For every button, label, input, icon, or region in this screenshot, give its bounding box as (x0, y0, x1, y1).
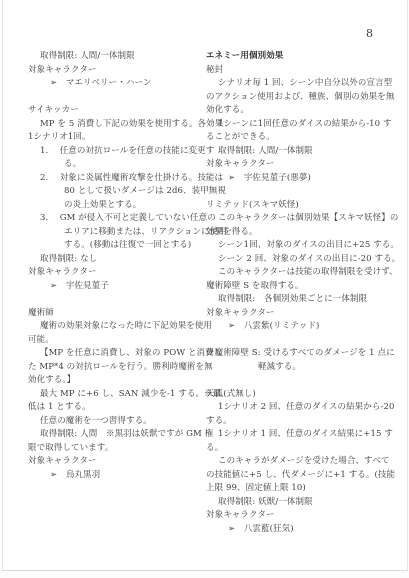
text-line: 対象キャラクター (206, 307, 386, 321)
text-line: する。(移動は往復で一回とする) (28, 239, 200, 253)
text-line: 対象キャラクター (28, 455, 200, 469)
text-line: 対象キャラクター (28, 266, 200, 280)
text-line: 80 として扱いダメージは 2d6、装甲無視 (28, 185, 200, 199)
blank-line (28, 293, 200, 307)
blank-line (28, 91, 200, 105)
text-line: ➢ マエリベリー・ハーン (28, 77, 200, 91)
text-line: シーン 2 回、対象のダイスの出目に-20 する。 (206, 253, 386, 267)
text-line: サイキッカー (28, 104, 200, 118)
text-line: 1シナリオ 1 回、任意のダイス結果に+15 す (206, 428, 386, 442)
text-line: 1シナリオ1回。 (28, 131, 200, 145)
text-line: このキャラがダメージを受けた場合、すべて (206, 455, 386, 469)
text-line: 取得制限: なし (28, 253, 200, 267)
text-line: このキャラクターは個別効果【スキマ妖怪】の (206, 212, 386, 226)
text-line: 魔術師 (28, 307, 200, 321)
text-line: 取得制限: 人間 ※黒羽は妖獣ですが GM 権 (28, 428, 200, 442)
text-line: 低は 1 とする。 (28, 401, 200, 415)
text-line: MP を 5 消費し下記の効果を使用する。各効果 (28, 118, 200, 132)
text-line: 取得制限: 人間/一体制限 (206, 145, 386, 159)
text-line: シーン1回、対象のダイスの出目に+25 する。 (206, 239, 386, 253)
text-line: 上限 99、固定値上限 10) (206, 482, 386, 496)
text-line: 任意の魔術を一つ習得する。 (28, 415, 200, 429)
text-line: のアクション使用および、種族、個別の効果を無 (206, 91, 386, 105)
text-line: た MP*4 の対抗ロールを行う。勝利時魔術を無 (28, 361, 200, 375)
text-line: 限で取得しています。 (28, 442, 200, 456)
text-line: 可能。 (28, 334, 200, 348)
text-line: シナリオ毎 1 回、シーン中自分以外の宣言型 (206, 77, 386, 91)
text-line: このキャラクターは技能の取得制限を受けず、 (206, 266, 386, 280)
text-line: 魔術障壁 S を取得する。 (206, 280, 386, 294)
document-page: 8 取得制限: 人間/一体制限対象キャラクター➢ マエリベリー・ハーンサイキッカ… (2, 0, 408, 571)
text-line: ➢ 烏丸黒羽 (28, 469, 200, 483)
text-line: エネミー用個別効果 (206, 50, 386, 64)
text-line: 3. GM が侵入不可と定義していない任意の (28, 212, 200, 226)
text-column-left: 取得制限: 人間/一体制限対象キャラクター➢ マエリベリー・ハーンサイキッカーM… (28, 50, 200, 482)
text-line: 対象キャラクター (28, 64, 200, 78)
text-line: の技能値に+5 し、代ダメージに+1 する。(技能 (206, 469, 386, 483)
text-line: リミテッド(スキマ妖怪) (206, 199, 386, 213)
text-line: 【MP を任意に消費し、対象の POW と消費し (28, 347, 200, 361)
page-number: 8 (366, 27, 373, 40)
text-line: 取得制限: 人間/一体制限 (28, 50, 200, 64)
text-line: 効果を得る。 (206, 226, 386, 240)
text-line: 魔術の効果対象になった時に下記効果を使用 (28, 320, 200, 334)
text-line: ➢ 八雲藍(狂気) (206, 523, 386, 537)
text-line: 効化する。】 (28, 374, 200, 388)
text-line: ※魔術障壁 S: 受けるすべてのダメージを 1 点に (206, 347, 386, 361)
text-line: ➢ 宇佐見菫子(悪夢) (206, 172, 386, 186)
text-line: る。 (206, 442, 386, 456)
text-line: 1. 任意の対抗ロールを任意の技能に変更す (28, 145, 200, 159)
text-line: ➢ 宇佐見菫子 (28, 280, 200, 294)
text-line: 1シナリオ 2 回、任意のダイスの結果から-20 (206, 401, 386, 415)
text-line: 軽減する。 (206, 361, 386, 375)
text-line: ➢ 八雲紫(リミテッド) (206, 320, 386, 334)
text-line: 1シーンに1回任意のダイスの結果から-10 す (206, 118, 386, 132)
text-line: 対象キャラクター (206, 509, 386, 523)
text-line: 2. 対象に炎属性魔術攻撃を仕掛ける。技能は (28, 172, 200, 186)
blank-line (206, 185, 386, 199)
blank-line (206, 374, 386, 388)
text-line: 最大 MP に+6 し、SAN 減少を-1 する。※最 (28, 388, 200, 402)
text-line: 秘封 (206, 64, 386, 78)
text-line: 取得制限: 各個別効果ごとに一体制限 (206, 293, 386, 307)
text-line: 取得制限: 妖獣/一体制限 (206, 496, 386, 510)
text-line: 天狐(式無し) (206, 388, 386, 402)
text-line: 対象キャラクター (206, 158, 386, 172)
text-line: の炎上効果とする。 (28, 199, 200, 213)
text-column-right: エネミー用個別効果秘封シナリオ毎 1 回、シーン中自分以外の宣言型のアクション使… (206, 50, 386, 536)
text-line: る。 (28, 158, 200, 172)
text-line: 効化する。 (206, 104, 386, 118)
text-line: する。 (206, 415, 386, 429)
blank-line (206, 334, 386, 348)
text-line: エリアに移動または、リアクションに使用 (28, 226, 200, 240)
text-line: ることができる。 (206, 131, 386, 145)
